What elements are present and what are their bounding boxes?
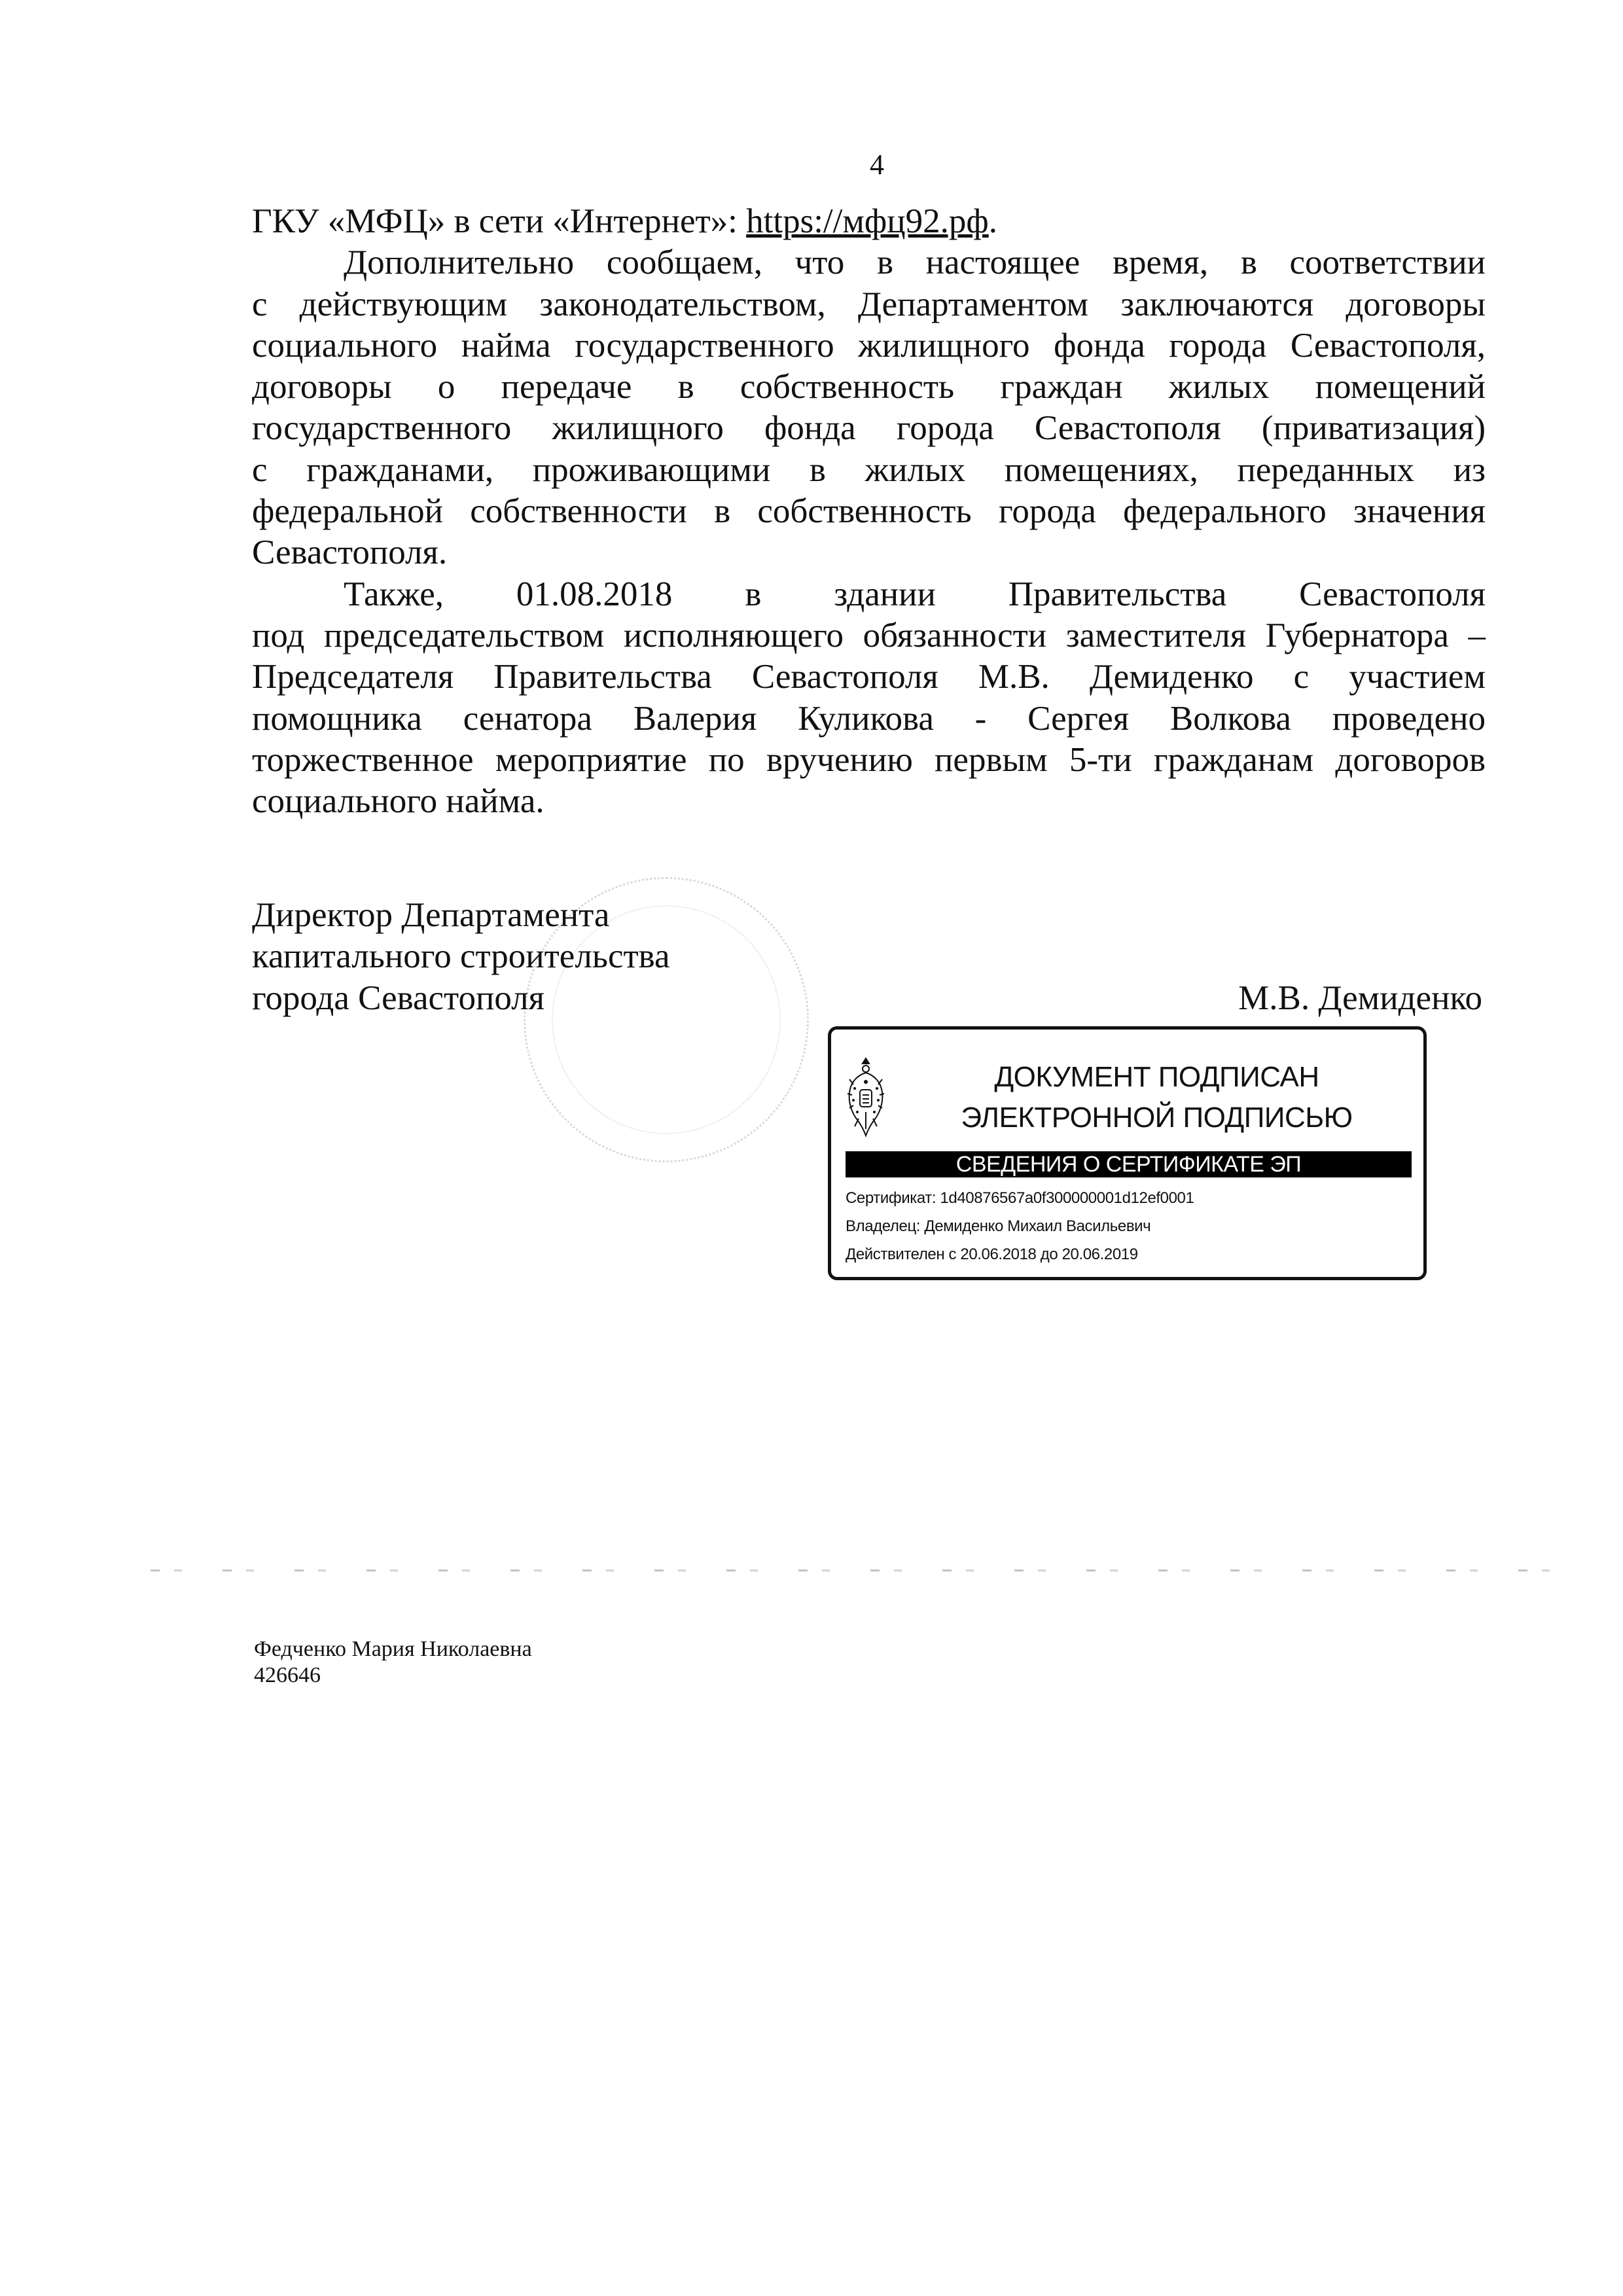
paragraph-social-rent-line: с гражданами, проживающими в жилых помещ… (252, 450, 1486, 491)
russian-coat-of-arms-icon (846, 1056, 886, 1139)
paragraph-social-rent-line: договоры о передаче в собственность граж… (252, 367, 1486, 408)
signatory-position-line: Директор Департамента (252, 895, 669, 936)
signatory-position-line: капитального строительства (252, 936, 669, 977)
esig-title-line-2: ЭЛЕКТРОННОЙ ПОДПИСЬЮ (903, 1098, 1410, 1138)
certificate-serial: Сертификат: 1d40876567a0f300000001d12ef0… (846, 1184, 1194, 1212)
paragraph-social-rent-line: Дополнительно сообщаем, что в настоящее … (252, 242, 1486, 283)
mfc-website-text: ГКУ «МФЦ» в сети «Интернет»: (252, 202, 746, 240)
certificate-info-header: СВЕДЕНИЯ О СЕРТИФИКАТЕ ЭП (846, 1151, 1412, 1177)
esig-title: ДОКУМЕНТ ПОДПИСАН ЭЛЕКТРОННОЙ ПОДПИСЬЮ (903, 1057, 1410, 1138)
signatory-position: Директор Департамента капитального строи… (252, 895, 669, 1019)
executor-name: Федченко Мария Николаевна (254, 1636, 532, 1662)
mfc-website-link[interactable]: https://мфц92.рф (746, 202, 989, 240)
paragraph-ceremony-line: Также, 01.08.2018 в здании Правительства… (252, 574, 1486, 615)
executor-phone: 426646 (254, 1662, 532, 1689)
paragraph-ceremony-line: помощника сенатора Валерия Куликова - Се… (252, 698, 1486, 740)
letter-body: ГКУ «МФЦ» в сети «Интернет»: https://мфц… (252, 201, 1486, 822)
signatory-name: М.В. Демиденко (1238, 978, 1482, 1019)
mfc-website-punct: . (989, 202, 997, 240)
paragraph-ceremony-line: социального найма. (252, 781, 1486, 822)
paragraph-social-rent-line: федеральной собственности в собственност… (252, 491, 1486, 532)
mfc-website-line: ГКУ «МФЦ» в сети «Интернет»: https://мфц… (252, 201, 1486, 242)
paragraph-social-rent-line: Севастополя. (252, 532, 1486, 573)
paragraph-social-rent-line: государственного жилищного фонда города … (252, 408, 1486, 449)
paragraph-social-rent-line: социального найма государственного жилищ… (252, 325, 1486, 367)
certificate-validity: Действителен с 20.06.2018 до 20.06.2019 (846, 1240, 1194, 1268)
signatory-position-line: города Севастополя (252, 978, 669, 1019)
paragraph-ceremony-line: под председательством исполняющего обяза… (252, 615, 1486, 656)
certificate-owner: Владелец: Демиденко Михаил Васильевич (846, 1212, 1194, 1240)
scan-artifact-divider (151, 1570, 1551, 1571)
paragraph-social-rent-line: с действующим законодательством, Департа… (252, 284, 1486, 325)
executor-info: Федченко Мария Николаевна 426646 (254, 1636, 532, 1689)
esig-title-line-1: ДОКУМЕНТ ПОДПИСАН (903, 1057, 1410, 1098)
paragraph-ceremony-line: торжественное мероприятие по вручению пе… (252, 740, 1486, 781)
certificate-details: Сертификат: 1d40876567a0f300000001d12ef0… (846, 1184, 1194, 1268)
page-number: 4 (851, 145, 903, 185)
electronic-signature-box: ДОКУМЕНТ ПОДПИСАН ЭЛЕКТРОННОЙ ПОДПИСЬЮ С… (828, 1026, 1427, 1280)
paragraph-ceremony-line: Председателя Правительства Севастополя М… (252, 656, 1486, 698)
